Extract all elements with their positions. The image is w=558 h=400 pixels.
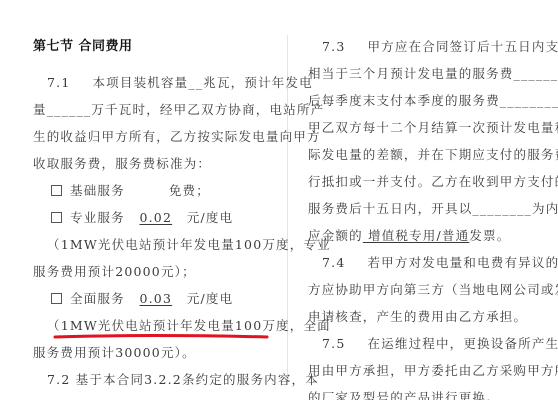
clause-7-3-line-3: 后每季度末支付本季度的服务费_________元。	[308, 94, 558, 108]
section-title: 第七节 合同费用	[33, 40, 133, 54]
invoice-type: 增值税专用/普通	[363, 228, 470, 243]
clause-7-3-line-8: 应金额的 增值税专用/普通发票。	[308, 229, 510, 243]
checkbox[interactable]	[51, 293, 62, 304]
price-value: 0.03	[125, 292, 187, 306]
clause-7-3-line-6: 行抵扣或一并支付。乙方在收到甲方支付的每期	[308, 175, 558, 189]
option-full[interactable]: 全面服务0.03元/度电	[51, 292, 233, 306]
clause-7-1-line-3: 生的收益归甲方所有，乙方按实际发电量向甲方	[33, 130, 321, 144]
clause-7-3-line-2: 相当于三个月预计发电量的服务费_______元，	[308, 67, 558, 81]
clause-7-1-line-2: 量______万千瓦时，经甲乙双方协商，电站所产	[33, 103, 324, 117]
clause-7-5-line-2: 用由甲方承担，甲方委托由乙方采购甲方所指定	[308, 364, 558, 378]
clause-number: 7.5	[322, 336, 345, 351]
clause-7-1-line-1: 7.1本项目装机容量__兆瓦，预计年发电	[47, 76, 313, 90]
option-professional[interactable]: 专业服务0.02元/度电	[51, 211, 233, 225]
note-full-line-1: （1MW光伏电站预计年发电量100万度，全面	[47, 319, 331, 333]
clause-7-4-line-1: 7.4若甲方对发电量和电费有异议的，乙	[322, 256, 558, 270]
clause-7-4-line-2: 方应协助甲方向第三方（当地电网公司或发改局）	[308, 283, 558, 297]
price-value: 0.02	[125, 211, 187, 225]
clause-7-5-line-1: 7.5在运维过程中，更换设备所产生的费	[322, 337, 558, 351]
clause-7-2-line-1: 7.2 基于本合同3.2.2条约定的服务内容，本	[47, 373, 319, 387]
checkbox[interactable]	[51, 212, 62, 223]
clause-7-1-line-4: 收取服务费，服务费标准为：	[33, 157, 211, 171]
clause-number: 7.3	[322, 39, 345, 54]
clause-7-3-line-4: 甲乙双方每十二个月结算一次预计发电量和实	[308, 121, 558, 135]
checkbox[interactable]	[51, 185, 62, 196]
note-professional-line-2: 服务费用预计20000元）；	[33, 265, 196, 279]
note-full-line-2: 服务费用预计30000元）。	[33, 346, 196, 360]
clause-number: 7.1	[47, 75, 70, 90]
clause-number: 7.4	[322, 255, 345, 270]
clause-7-3-line-5: 际发电量的差额，并在下期应支付的服务费中进	[308, 148, 558, 162]
clause-7-3-line-1: 7.3甲方应在合同签订后十五日内支付	[322, 40, 558, 54]
clause-7-3-line-7: 服务费后十五日内，开具以________为内容的相	[308, 202, 558, 216]
option-basic[interactable]: 基础服务免费；	[51, 184, 210, 198]
clause-7-5-line-3: 的厂家及型号的产品进行更换。	[308, 391, 500, 400]
note-professional-line-1: （1MW光伏电站预计年发电量100万度，专业	[47, 238, 331, 252]
clause-7-4-line-3: 申请核查，产生的费用由乙方承担。	[308, 310, 527, 324]
